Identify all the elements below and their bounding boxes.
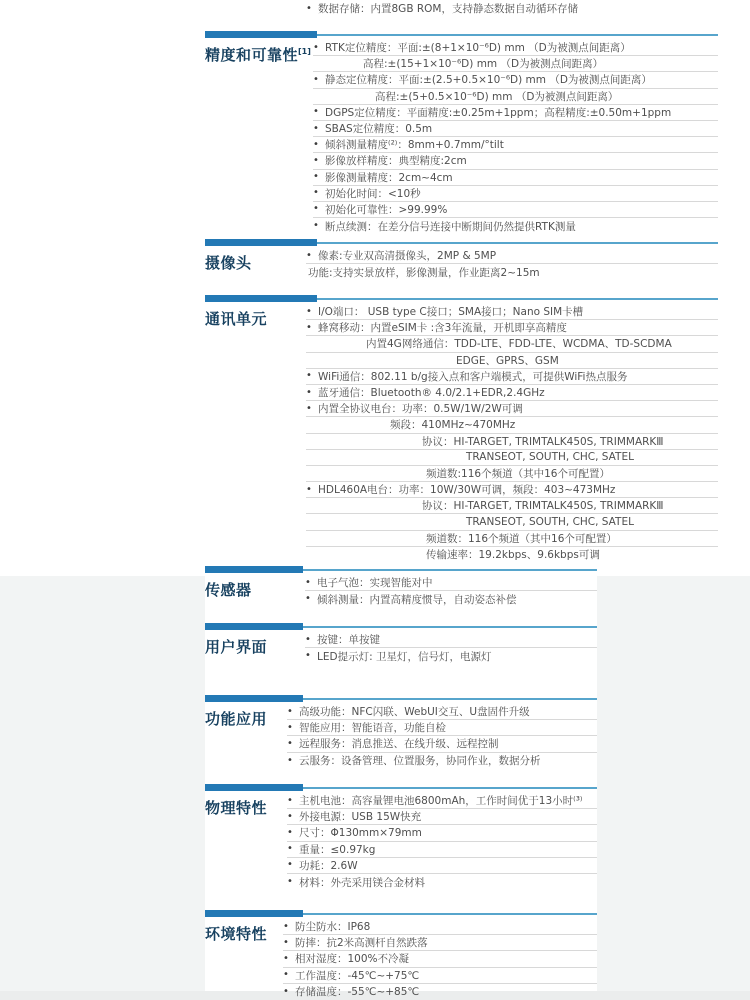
section-title: 摄像头 [205, 248, 306, 272]
spec-row: •断点续测：在差分信号连接中断期间仍然提供RTK测量 [313, 218, 718, 234]
section-bar-thick [205, 623, 303, 630]
bullet-icon: • [287, 828, 299, 838]
spec-rows: •RTK定位精度：平面:±(8+1×10⁻⁶D) mm （D为被测点间距离）•高… [313, 40, 718, 234]
bullet-icon: • [283, 987, 295, 997]
spec-row: •内置4G网络通信：TDD-LTE、FDD-LTE、WCDMA、TD-SCDMA [306, 336, 718, 352]
spec-text: 影像测量精度：2cm~4cm [325, 170, 453, 185]
section-title: 功能应用 [205, 704, 287, 728]
spec-row: •WiFi通信：802.11 b/g接入点和客户端模式，可提供WiFi热点服务 [306, 369, 718, 385]
spec-row: •内置全协议电台：功率：0.5W/1W/2W可调 [306, 401, 718, 417]
spec-row: •防尘防水：IP68 [283, 919, 597, 935]
bullet-icon: • [313, 107, 325, 117]
spec-text: 频道数:116个频道（其中16个可配置） [426, 466, 610, 481]
section-bar-thin [303, 569, 597, 571]
spec-row: •云服务：设备管理、位置服务，协同作业，数据分析 [287, 753, 597, 769]
spec-text: 高程:±(15+1×10⁻⁶D) mm （D为被测点间距离） [363, 56, 603, 71]
section-title-column: 通讯单元 [205, 304, 306, 563]
bullet-icon: • [287, 844, 299, 854]
spec-text: 频段：410MHz~470MHz [390, 417, 515, 432]
section-title-column: 精度和可靠性[1] [205, 40, 313, 234]
spec-text: WiFi通信：802.11 b/g接入点和客户端模式，可提供WiFi热点服务 [318, 369, 627, 384]
spec-row: •高级功能：NFC闪联、WebUI交互、U盘固件升级 [287, 704, 597, 720]
spec-text: 倾斜测量精度⁽²⁾：8mm+0.7mm/°tilt [325, 137, 504, 152]
spec-row: •高程:±(5+0.5×10⁻⁶D) mm （D为被测点间距离） [313, 89, 718, 105]
section-divider [205, 295, 718, 302]
spec-rows: •I/O端口： USB type C接口；SMA接口；Nano SIM卡槽•蜂窝… [306, 304, 718, 563]
spec-rows: •按键：单按键•LED提示灯: 卫星灯，信号灯，电源灯 [305, 632, 597, 664]
section-divider [205, 784, 597, 791]
bullet-icon: • [313, 75, 325, 85]
section-title-text: 物理特性 [205, 799, 267, 817]
section-title-column: 物理特性 [205, 793, 287, 890]
spec-row: •影像放样精度：典型精度:2cm [313, 153, 718, 169]
spec-text: 像素:专业双高清摄像头，2MP & 5MP [318, 248, 496, 263]
spec-row: •相对湿度：100%不冷凝 [283, 951, 597, 967]
section-divider [205, 239, 718, 246]
section-bar-thin [303, 787, 597, 789]
section-divider [205, 623, 597, 630]
spec-row: •高程:±(15+1×10⁻⁶D) mm （D为被测点间距离） [313, 56, 718, 72]
spec-row: •频道数:116个频道（其中16个可配置） [306, 466, 718, 482]
spec-row: •材料：外壳采用镁合金材料 [287, 874, 597, 890]
spec-row: •尺寸：Φ130mm×79mm [287, 825, 597, 841]
spec-rows: •防尘防水：IP68•防摔：抗2米高测杆自然跌落•相对湿度：100%不冷凝•工作… [283, 919, 597, 1000]
bullet-icon: • [305, 578, 317, 588]
spec-text: 云服务：设备管理、位置服务，协同作业，数据分析 [299, 753, 541, 768]
section-bar-thick [205, 295, 317, 302]
spec-row: •工作温度：-45℃~+75℃ [283, 968, 597, 984]
spec-text: 重量：≤0.97kg [299, 842, 375, 857]
spec-row: •频道数：116个频道（其中16个可配置） [306, 531, 718, 547]
spec-row: •HDL460A电台：功率：10W/30W可调，频段：403~473MHz [306, 482, 718, 498]
spec-text: 功能:支持实景放样，影像测量，作业距离2~15m [308, 265, 540, 280]
spec-row: •外接电源：USB 15W快充 [287, 809, 597, 825]
spec-text: TRANSEOT, SOUTH, CHC, SATEL [466, 451, 634, 463]
spec-text: TRANSEOT, SOUTH, CHC, SATEL [466, 516, 634, 528]
spec-row: •功耗：2.6W [287, 858, 597, 874]
section-title-text: 精度和可靠性 [205, 46, 298, 64]
spec-section-communication: 通讯单元 •I/O端口： USB type C接口；SMA接口；Nano SIM… [205, 295, 718, 563]
section-title-text: 功能应用 [205, 710, 267, 728]
spec-row: •防摔：抗2米高测杆自然跌落 [283, 935, 597, 951]
spec-text: 影像放样精度：典型精度:2cm [325, 153, 467, 168]
spec-row: •DGPS定位精度：平面精度:±0.25m+1ppm；高程精度:±0.50m+1… [313, 105, 718, 121]
spec-rows: •主机电池：高容量锂电池6800mAh，工作时间优于13小时⁽³⁾•外接电源：U… [287, 793, 597, 890]
spec-text: DGPS定位精度：平面精度:±0.25m+1ppm；高程精度:±0.50m+1p… [325, 105, 671, 120]
section-bar-thin [317, 298, 718, 300]
section-bar-thick [205, 910, 303, 917]
spec-text: 倾斜测量：内置高精度惯导，自动姿态补偿 [317, 592, 517, 607]
section-bar-thin [317, 242, 718, 244]
bullet-icon: • [313, 204, 325, 214]
spec-text: 协议：HI-TARGET, TRIMTALK450S, TRIMMARKⅢ [422, 434, 664, 449]
spec-text: 防尘防水：IP68 [295, 919, 370, 934]
spec-text: 高级功能：NFC闪联、WebUI交互、U盘固件升级 [299, 704, 530, 719]
spec-text: 存储温度：-55℃~+85℃ [295, 984, 419, 999]
spec-text: 材料：外壳采用镁合金材料 [299, 875, 425, 890]
spec-row: •智能应用：智能语音，功能自检 [287, 720, 597, 736]
spec-text: 相对湿度：100%不冷凝 [295, 951, 409, 966]
bullet-icon: • [313, 140, 325, 150]
section-title: 物理特性 [205, 793, 287, 817]
spec-section-camera: 摄像头 •像素:专业双高清摄像头，2MP & 5MP•功能:支持实景放样，影像测… [205, 239, 718, 280]
bullet-icon: • [313, 43, 325, 53]
bullet-icon: • [306, 404, 318, 414]
section-divider [205, 695, 597, 702]
bullet-icon: • [306, 388, 318, 398]
bullet-icon: • [313, 124, 325, 134]
bullet-icon: • [283, 970, 295, 980]
bullet-icon: • [306, 3, 318, 14]
spec-text: 传输速率：19.2kbps、9.6kbps可调 [426, 547, 600, 562]
spec-row: •倾斜测量：内置高精度惯导，自动姿态补偿 [305, 591, 597, 607]
section-title-text: 通讯单元 [205, 310, 267, 328]
section-divider [205, 910, 597, 917]
spec-page: • 数据存储：内置8GB ROM，支持静态数据自动循环存储 精度和可靠性[1] … [0, 0, 750, 1000]
spec-row: •EDGE、GPRS、GSM [306, 353, 718, 369]
section-title-column: 环境特性 [205, 919, 283, 1000]
spec-row: •蜂窝移动：内置eSIM卡 :含3年流量，开机即享高精度 [306, 320, 718, 336]
spec-rows: •电子气泡：实现智能对中•倾斜测量：内置高精度惯导，自动姿态补偿 [305, 575, 597, 607]
spec-row: •RTK定位精度：平面:±(8+1×10⁻⁶D) mm （D为被测点间距离） [313, 40, 718, 56]
section-title: 精度和可靠性[1] [205, 40, 313, 64]
spec-text: 主机电池：高容量锂电池6800mAh，工作时间优于13小时⁽³⁾ [299, 793, 583, 808]
spec-text: 尺寸：Φ130mm×79mm [299, 825, 422, 840]
bullet-icon: • [305, 594, 317, 604]
spec-text: 外接电源：USB 15W快充 [299, 809, 421, 824]
spec-row: •初始化时间：<10秒 [313, 186, 718, 202]
section-title-column: 功能应用 [205, 704, 287, 769]
spec-row: •静态定位精度：平面:±(2.5+0.5×10⁻⁶D) mm （D为被测点间距离… [313, 72, 718, 88]
spec-text: 协议：HI-TARGET, TRIMTALK450S, TRIMMARKⅢ [422, 498, 664, 513]
section-title-text: 传感器 [205, 581, 252, 599]
spec-text: 静态定位精度：平面:±(2.5+0.5×10⁻⁶D) mm （D为被测点间距离） [325, 72, 652, 87]
bullet-icon: • [287, 877, 299, 887]
spec-row: •倾斜测量精度⁽²⁾：8mm+0.7mm/°tilt [313, 137, 718, 153]
bullet-icon: • [283, 922, 295, 932]
bullet-icon: • [283, 938, 295, 948]
bullet-icon: • [313, 172, 325, 182]
section-bar-thin [303, 913, 597, 915]
spec-text: I/O端口： USB type C接口；SMA接口；Nano SIM卡槽 [318, 304, 583, 319]
bullet-icon: • [306, 485, 318, 495]
spec-row: •按键：单按键 [305, 632, 597, 648]
bullet-icon: • [313, 188, 325, 198]
bullet-icon: • [287, 860, 299, 870]
spec-row: •存储温度：-55℃~+85℃ [283, 984, 597, 1000]
spec-row: •TRANSEOT, SOUTH, CHC, SATEL [306, 514, 718, 530]
bullet-icon: • [287, 739, 299, 749]
spec-section-physical: 物理特性 •主机电池：高容量锂电池6800mAh，工作时间优于13小时⁽³⁾•外… [205, 784, 597, 890]
spec-text: 电子气泡：实现智能对中 [317, 575, 433, 590]
spec-text: EDGE、GPRS、GSM [456, 353, 559, 368]
section-divider [205, 31, 718, 38]
bullet-icon: • [305, 651, 317, 661]
section-title-text: 摄像头 [205, 254, 252, 272]
bullet-icon: • [306, 307, 318, 317]
spec-text: 蜂窝移动：内置eSIM卡 :含3年流量，开机即享高精度 [318, 320, 567, 335]
spec-section-functions: 功能应用 •高级功能：NFC闪联、WebUI交互、U盘固件升级•智能应用：智能语… [205, 695, 597, 769]
spec-row: •主机电池：高容量锂电池6800mAh，工作时间优于13小时⁽³⁾ [287, 793, 597, 809]
spec-section-user-interface: 用户界面 •按键：单按键•LED提示灯: 卫星灯，信号灯，电源灯 [205, 623, 597, 664]
spec-text: 工作温度：-45℃~+75℃ [295, 968, 419, 983]
spec-row: •协议：HI-TARGET, TRIMTALK450S, TRIMMARKⅢ [306, 434, 718, 450]
spec-text: 断点续测：在差分信号连接中断期间仍然提供RTK测量 [325, 219, 576, 234]
section-body: 功能应用 •高级功能：NFC闪联、WebUI交互、U盘固件升级•智能应用：智能语… [205, 704, 597, 769]
spec-row: •电子气泡：实现智能对中 [305, 575, 597, 591]
spec-text: 功耗：2.6W [299, 858, 358, 873]
spec-text: 智能应用：智能语音，功能自检 [299, 720, 446, 735]
spec-row: •初始化可靠性：>99.99% [313, 202, 718, 218]
section-title-text: 环境特性 [205, 925, 267, 943]
spec-row: •协议：HI-TARGET, TRIMTALK450S, TRIMMARKⅢ [306, 498, 718, 514]
spec-row: •SBAS定位精度：0.5m [313, 121, 718, 137]
section-body: 传感器 •电子气泡：实现智能对中•倾斜测量：内置高精度惯导，自动姿态补偿 [205, 575, 597, 607]
section-title-footnote: [1] [298, 47, 311, 56]
bullet-icon: • [306, 323, 318, 333]
section-title-column: 用户界面 [205, 632, 305, 664]
section-title: 环境特性 [205, 919, 283, 943]
spec-text: 蓝牙通信：Bluetooth® 4.0/2.1+EDR,2.4GHz [318, 385, 545, 400]
spec-text: 高程:±(5+0.5×10⁻⁶D) mm （D为被测点间距离） [375, 89, 618, 104]
section-divider [205, 566, 597, 573]
spec-text: 数据存储：内置8GB ROM，支持静态数据自动循环存储 [318, 1, 578, 16]
section-title-column: 传感器 [205, 575, 305, 607]
section-body: 通讯单元 •I/O端口： USB type C接口；SMA接口；Nano SIM… [205, 304, 718, 563]
section-title: 通讯单元 [205, 304, 306, 328]
spec-row: •传输速率：19.2kbps、9.6kbps可调 [306, 547, 718, 563]
spec-section-sensors: 传感器 •电子气泡：实现智能对中•倾斜测量：内置高精度惯导，自动姿态补偿 [205, 566, 597, 607]
spec-text: 按键：单按键 [317, 632, 380, 647]
spec-row-partial: • 数据存储：内置8GB ROM，支持静态数据自动循环存储 [205, 0, 718, 16]
section-bar-thick [205, 784, 303, 791]
spec-text: 内置全协议电台：功率：0.5W/1W/2W可调 [318, 401, 523, 416]
spec-row: •TRANSEOT, SOUTH, CHC, SATEL [306, 450, 718, 466]
spec-section-environment: 环境特性 •防尘防水：IP68•防摔：抗2米高测杆自然跌落•相对湿度：100%不… [205, 910, 597, 1000]
spec-row: •LED提示灯: 卫星灯，信号灯，电源灯 [305, 648, 597, 664]
bullet-icon: • [283, 954, 295, 964]
bullet-icon: • [305, 635, 317, 645]
section-bar-thin [303, 626, 597, 628]
spec-text: 防摔：抗2米高测杆自然跌落 [295, 935, 428, 950]
spec-row: •频段：410MHz~470MHz [306, 417, 718, 433]
section-title-text: 用户界面 [205, 638, 267, 656]
bullet-icon: • [287, 796, 299, 806]
spec-text: 频道数：116个频道（其中16个可配置） [426, 531, 617, 546]
section-bar-thick [205, 566, 303, 573]
section-body: 环境特性 •防尘防水：IP68•防摔：抗2米高测杆自然跌落•相对湿度：100%不… [205, 919, 597, 1000]
spec-text: 内置4G网络通信：TDD-LTE、FDD-LTE、WCDMA、TD-SCDMA [366, 336, 672, 351]
section-body: 物理特性 •主机电池：高容量锂电池6800mAh，工作时间优于13小时⁽³⁾•外… [205, 793, 597, 890]
section-title: 传感器 [205, 575, 305, 599]
spec-text: SBAS定位精度：0.5m [325, 121, 432, 136]
section-bar-thin [317, 34, 718, 36]
section-title: 用户界面 [205, 632, 305, 656]
spec-row: •影像测量精度：2cm~4cm [313, 170, 718, 186]
bullet-icon: • [287, 756, 299, 766]
spec-text: RTK定位精度：平面:±(8+1×10⁻⁶D) mm （D为被测点间距离） [325, 40, 631, 55]
spec-row: •像素:专业双高清摄像头，2MP & 5MP [306, 248, 718, 264]
spec-row: •I/O端口： USB type C接口；SMA接口；Nano SIM卡槽 [306, 304, 718, 320]
section-body: 用户界面 •按键：单按键•LED提示灯: 卫星灯，信号灯，电源灯 [205, 632, 597, 664]
spec-row: •功能:支持实景放样，影像测量，作业距离2~15m [306, 264, 718, 280]
spec-text: LED提示灯: 卫星灯，信号灯，电源灯 [317, 649, 491, 664]
section-bar-thick [205, 695, 303, 702]
bullet-icon: • [306, 251, 318, 261]
bullet-icon: • [313, 156, 325, 166]
spec-text: HDL460A电台：功率：10W/30W可调，频段：403~473MHz [318, 482, 615, 497]
spec-row: •远程服务：消息推送、在线升级、远程控制 [287, 736, 597, 752]
spec-text: 初始化可靠性：>99.99% [325, 202, 447, 217]
spec-section-accuracy: 精度和可靠性[1] •RTK定位精度：平面:±(8+1×10⁻⁶D) mm （D… [205, 31, 718, 234]
spec-text: 初始化时间：<10秒 [325, 186, 421, 201]
section-bar-thick [205, 31, 317, 38]
section-bar-thin [303, 698, 597, 700]
section-bar-thick [205, 239, 317, 246]
spec-row: •蓝牙通信：Bluetooth® 4.0/2.1+EDR,2.4GHz [306, 385, 718, 401]
bullet-icon: • [287, 723, 299, 733]
spec-text: 远程服务：消息推送、在线升级、远程控制 [299, 736, 499, 751]
spec-row: •重量：≤0.97kg [287, 842, 597, 858]
bullet-icon: • [287, 707, 299, 717]
spec-rows: •像素:专业双高清摄像头，2MP & 5MP•功能:支持实景放样，影像测量，作业… [306, 248, 718, 280]
section-title-column: 摄像头 [205, 248, 306, 280]
section-body: 精度和可靠性[1] •RTK定位精度：平面:±(8+1×10⁻⁶D) mm （D… [205, 40, 718, 234]
bullet-icon: • [287, 812, 299, 822]
bullet-icon: • [313, 221, 325, 231]
bullet-icon: • [306, 371, 318, 381]
section-body: 摄像头 •像素:专业双高清摄像头，2MP & 5MP•功能:支持实景放样，影像测… [205, 248, 718, 280]
spec-rows: •高级功能：NFC闪联、WebUI交互、U盘固件升级•智能应用：智能语音，功能自… [287, 704, 597, 769]
